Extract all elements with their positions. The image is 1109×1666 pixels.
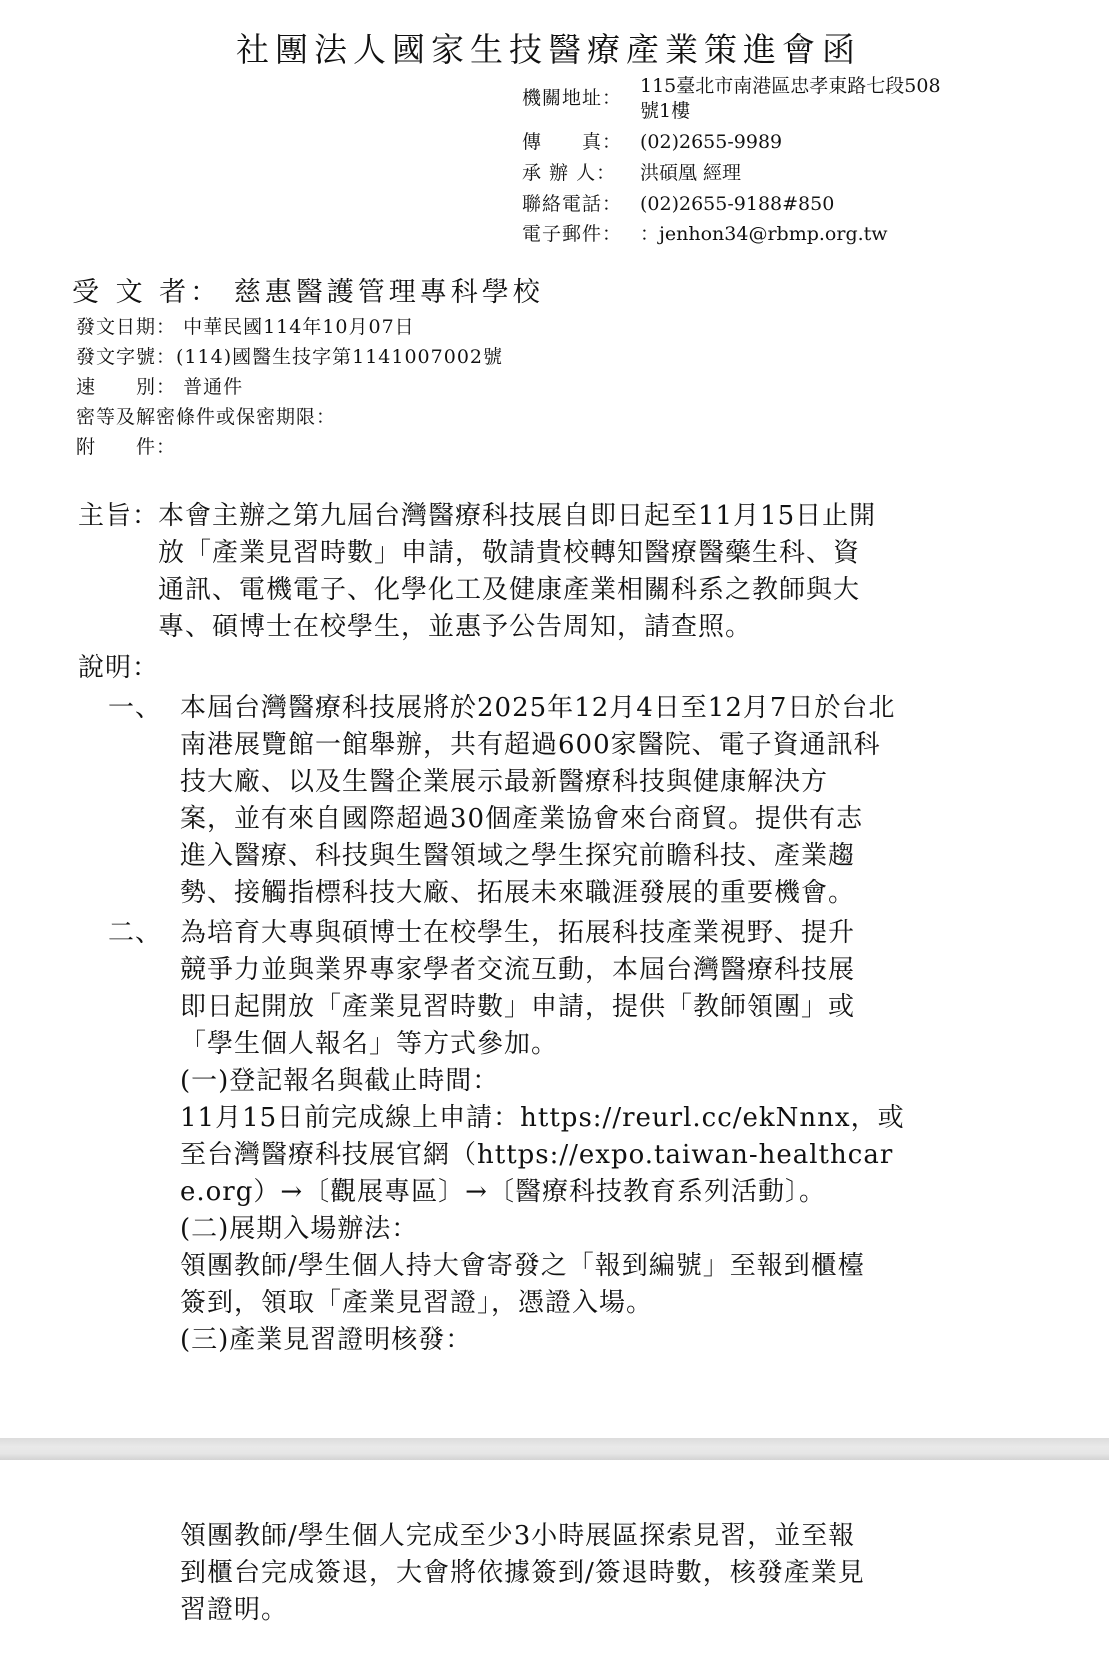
date-label: 發文日期： — [76, 312, 176, 339]
header-field: 發文字號：(114)國醫生技字第1141007002號 — [76, 342, 503, 369]
item-line: 領團教師/學生個人完成至少3小時展區探索見習，並至報 — [180, 1518, 1000, 1555]
attachment-label: 附 件： — [76, 432, 176, 459]
recipient-value: 慈惠醫護管理專科學校 — [234, 277, 544, 308]
address-label: 機關地址： — [522, 74, 640, 110]
header-field: 附 件： — [76, 432, 176, 459]
email-value: ：jenhon34@rbmp.org.tw — [640, 222, 888, 246]
secrecy-label: 密等及解密條件或保密期限： — [76, 402, 336, 429]
item-line: 習證明。 — [180, 1592, 1000, 1629]
item-line: 「學生個人報名」等方式參加。 — [180, 1026, 1000, 1063]
doc-number-label: 發文字號： — [76, 342, 176, 369]
email-row: 電子郵件：：jenhon34@rbmp.org.tw — [522, 222, 888, 246]
date-value: 中華民國114年10月07日 — [183, 316, 415, 338]
item-line: 為培育大專與碩博士在校學生，拓展科技產業視野、提升 — [180, 915, 1000, 952]
item-line: 競爭力並與業界專家學者交流互動，本屆台灣醫療科技展 — [180, 952, 1000, 989]
item-line: 本屆台灣醫療科技展將於2025年12月4日至12月7日於台北 — [180, 690, 1000, 727]
item-line: 11月15日前完成線上申請：https://reurl.cc/ekNnnx，或 — [180, 1100, 1000, 1137]
item-number: 一、 — [108, 690, 162, 727]
address-line1: 115臺北市南港區忠孝東路七段508 — [640, 75, 941, 97]
phone-row: 聯絡電話：(02)2655-9188#850 — [522, 192, 834, 216]
fax-label: 傳 真： — [522, 130, 640, 154]
continued-text: 領團教師/學生個人完成至少3小時展區探索見習，並至報 到櫃台完成簽退，大會將依據… — [180, 1518, 1000, 1629]
doc-type: 函 — [822, 24, 855, 71]
sub-heading: (二)展期入場辦法： — [180, 1211, 1000, 1248]
handler-row: 承 辦 人：洪碩凰 經理 — [522, 161, 741, 185]
recipient-row: 受 文 者： 慈惠醫護管理專科學校 — [72, 270, 544, 309]
header-field: 密等及解密條件或保密期限： — [76, 402, 336, 429]
sub-heading: (一)登記報名與截止時間： — [180, 1063, 1000, 1100]
speed-value: 普通件 — [183, 376, 243, 398]
item-line: 南港展覽館一館舉辦，共有超過600家醫院、電子資通訊科 — [180, 727, 1000, 764]
item-line: 到櫃台完成簽退，大會將依據簽到/簽退時數，核發產業見 — [180, 1555, 1000, 1592]
item-line: 即日起開放「產業見習時數」申請，提供「教師領團」或 — [180, 989, 1000, 1026]
item-line: 進入醫療、科技與生醫領域之學生探究前瞻科技、產業趨 — [180, 838, 1000, 875]
item-line: 簽到，領取「產業見習證」，憑證入場。 — [180, 1285, 1000, 1322]
subject-line: 放「產業見習時數」申請，敬請貴校轉知醫療醫藥生科、資 — [158, 535, 1008, 572]
explanation-item: 為培育大專與碩博士在校學生，拓展科技產業視野、提升 競爭力並與業界專家學者交流互… — [180, 915, 1000, 1359]
item-line: e.org）→〔觀展專區〕→〔醫療科技教育系列活動〕。 — [180, 1174, 1000, 1211]
address-value: 115臺北市南港區忠孝東路七段508號1樓 — [640, 74, 985, 124]
item-line: 案，並有來自國際超過30個產業協會來台商貿。提供有志 — [180, 801, 1000, 838]
page-separator — [0, 1438, 1109, 1460]
address-row: 機關地址：115臺北市南港區忠孝東路七段508號1樓 — [522, 74, 985, 124]
subject-line: 專、碩博士在校學生，並惠予公告周知，請查照。 — [158, 609, 1008, 646]
fax-row: 傳 真：(02)2655-9989 — [522, 130, 782, 154]
explanation-item: 本屆台灣醫療科技展將於2025年12月4日至12月7日於台北 南港展覽館一館舉辦… — [180, 690, 1000, 912]
header-field: 發文日期： 中華民國114年10月07日 — [76, 312, 415, 339]
address-line2: 號1樓 — [640, 100, 690, 122]
header-field: 速 別： 普通件 — [76, 372, 243, 399]
item-line: 至台灣醫療科技展官網（https://expo.taiwan-healthcar — [180, 1137, 1000, 1174]
email-label: 電子郵件： — [522, 222, 640, 246]
item-line: 領團教師/學生個人持大會寄發之「報到編號」至報到櫃檯 — [180, 1248, 1000, 1285]
handler-label: 承 辦 人： — [522, 161, 640, 185]
sub-heading: (三)產業見習證明核發： — [180, 1322, 1000, 1359]
phone-value: (02)2655-9188#850 — [640, 192, 834, 216]
handler-value: 洪碩凰 經理 — [640, 161, 741, 185]
subject-line: 本會主辦之第九屆台灣醫療科技展自即日起至11月15日止開 — [158, 498, 1008, 535]
item-line: 勢、接觸指標科技大廠、拓展未來職涯發展的重要機會。 — [180, 875, 1000, 912]
fax-value: (02)2655-9989 — [640, 130, 782, 154]
doc-number-value: (114)國醫生技字第1141007002號 — [176, 346, 503, 368]
phone-label: 聯絡電話： — [522, 192, 640, 216]
item-line: 技大廠、以及生醫企業展示最新醫療科技與健康解決方 — [180, 764, 1000, 801]
subject-label: 主旨： — [78, 498, 159, 535]
org-title: 社團法人國家生技醫療產業策進會 — [236, 24, 821, 71]
subject-text: 本會主辦之第九屆台灣醫療科技展自即日起至11月15日止開 放「產業見習時數」申請… — [158, 498, 1008, 646]
subject-line: 通訊、電機電子、化學化工及健康產業相關科系之教師與大 — [158, 572, 1008, 609]
explanation-label: 說明： — [78, 650, 159, 687]
speed-label: 速 別： — [76, 372, 176, 399]
recipient-label: 受 文 者： — [72, 277, 221, 308]
item-number: 二、 — [108, 915, 162, 952]
